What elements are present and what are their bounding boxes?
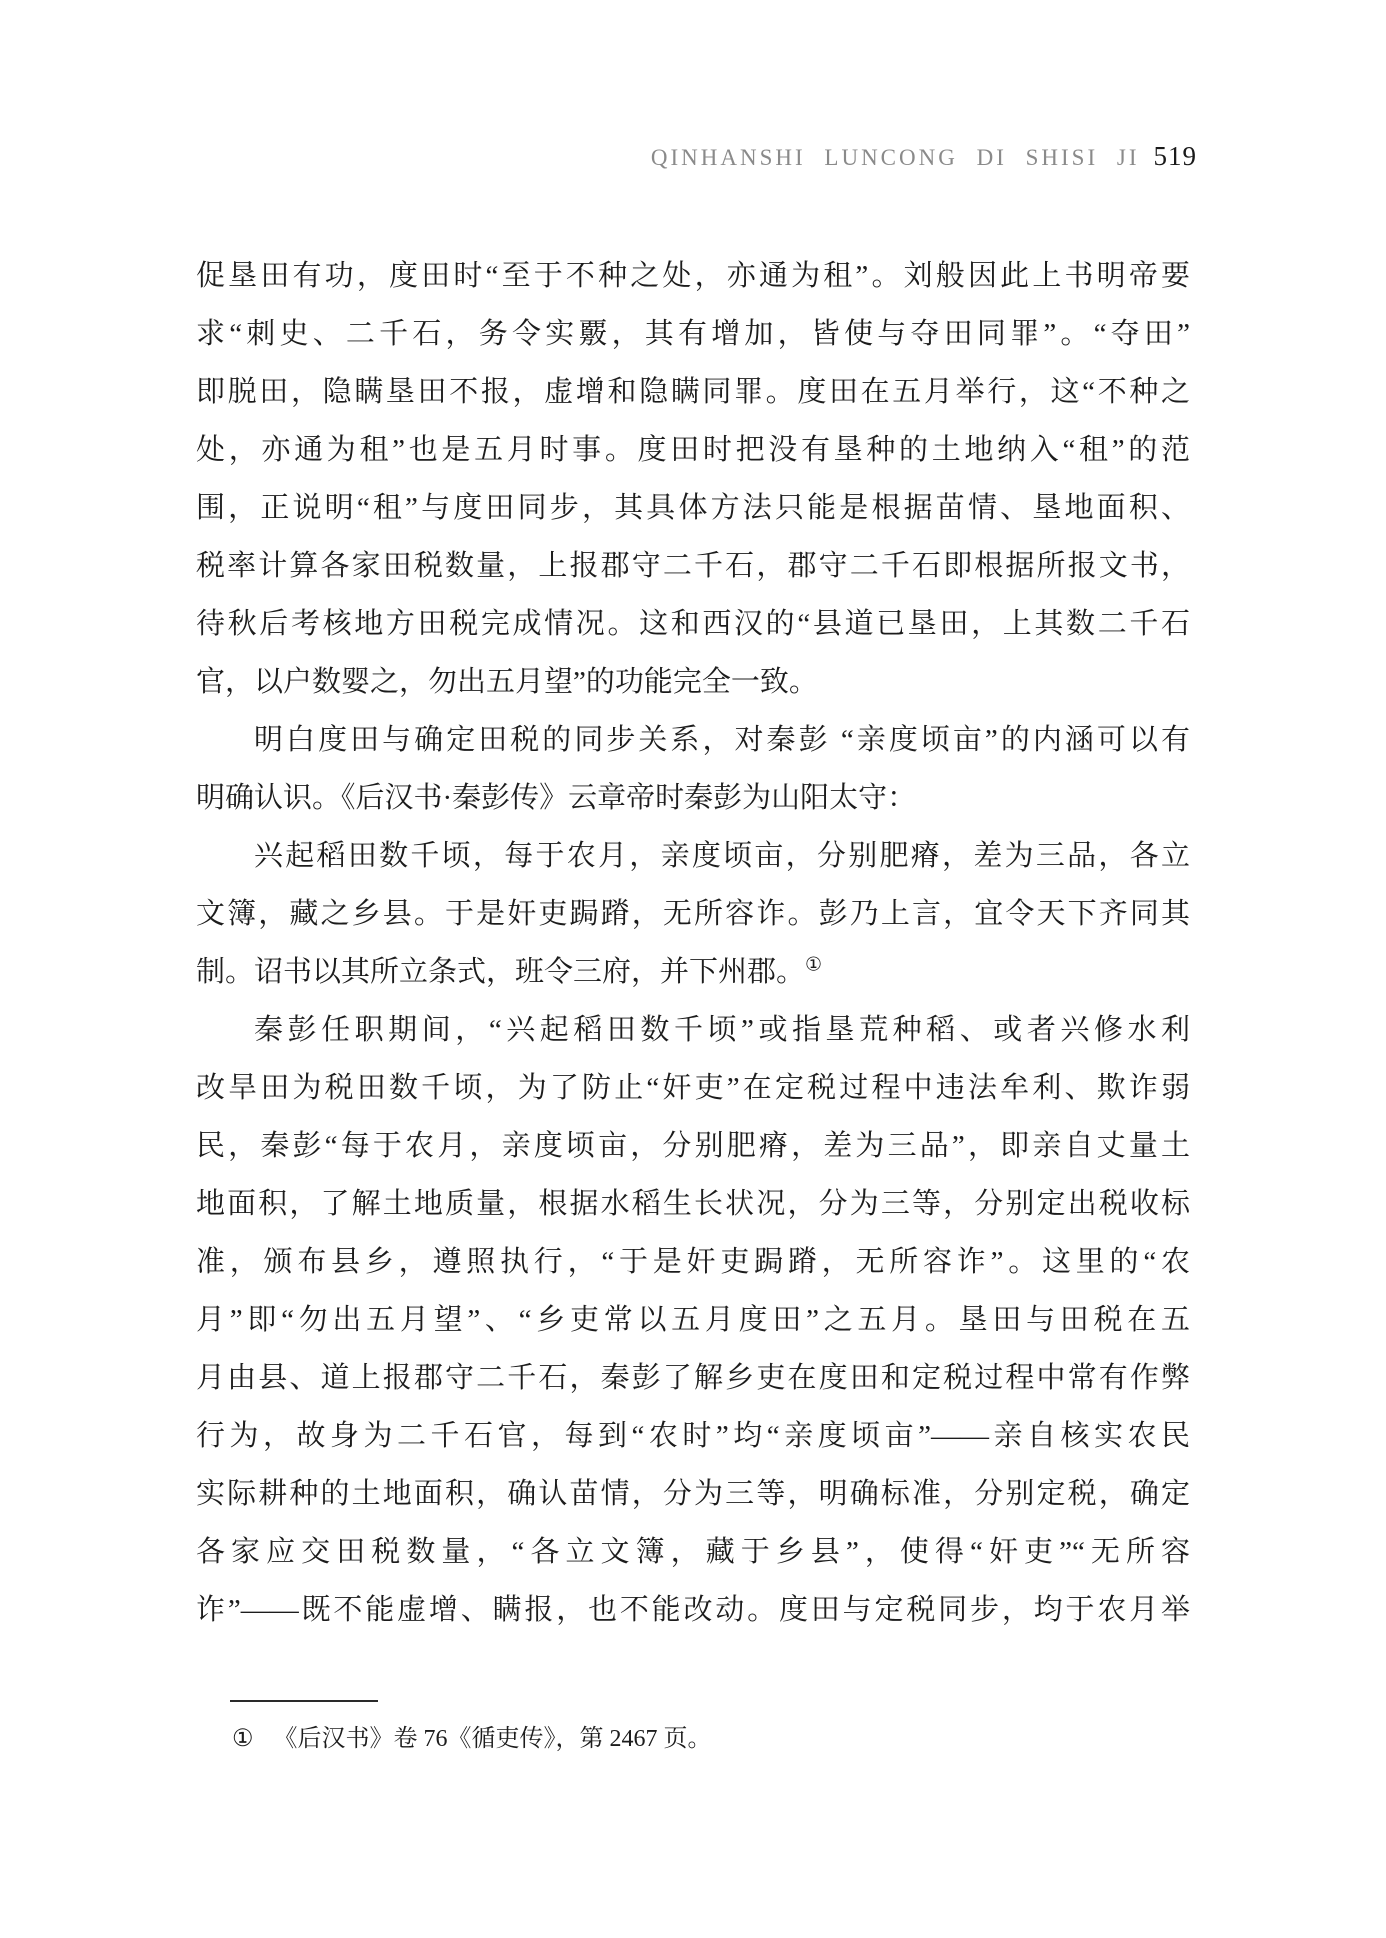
text-line: 月”即“勿出五月望”、“乡吏常以五月度田”之五月。垦田与田税在五 <box>196 1291 1190 1349</box>
text-line: 即脱田，隐瞒垦田不报，虚增和隐瞒同罪。度田在五月举行，这“不种之 <box>196 363 1190 421</box>
text-line: 行为，故身为二千石官，每到“农时”均“亲度顷亩”——亲自核实农民 <box>196 1407 1190 1465</box>
quote-line quote-start: 兴起稻田数千顷，每于农月，亲度顷亩，分别肥瘠，差为三品，各立 <box>196 827 1190 885</box>
text-line: 税率计算各家田税数量，上报郡守二千石，郡守二千石即根据所报文书， <box>196 537 1190 595</box>
text-line: 实际耕种的土地面积，确认苗情，分为三等，明确标准，分别定税，确定 <box>196 1465 1190 1523</box>
text-line: 准，颁布县乡，遵照执行，“于是奸吏跼蹐，无所容诈”。这里的“农 <box>196 1233 1190 1291</box>
text-line: 地面积，了解土地质量，根据水稻生长状况，分为三等，分别定出税收标 <box>196 1175 1190 1233</box>
footnote-marker: ① <box>232 1722 254 1756</box>
text-line: 促垦田有功，度田时“至于不种之处，亦通为租”。刘般因此上书明帝要 <box>196 247 1190 305</box>
quote-line quote-end: 制。诏书以其所立条式，班令三府，并下州郡。① <box>196 943 1190 1001</box>
footnote-text: 《后汉书》卷 76《循吏传》，第 2467 页。 <box>274 1726 712 1752</box>
body-text: 促垦田有功，度田时“至于不种之处，亦通为租”。刘般因此上书明帝要 求“刺史、二千… <box>196 247 1190 1639</box>
footnote-divider <box>230 1700 378 1702</box>
footnote-reference: ① <box>805 954 822 975</box>
footnote: ①《后汉书》卷 76《循吏传》，第 2467 页。 <box>232 1722 712 1756</box>
text-line: 月由县、道上报郡守二千石，秦彭了解乡吏在度田和定税过程中常有作弊 <box>196 1349 1190 1407</box>
text-line paragraph-end: 明确认识。《后汉书·秦彭传》云章帝时秦彭为山阳太守： <box>196 769 1190 827</box>
text-line: 处，亦通为租”也是五月时事。度田时把没有垦种的土地纳入“租”的范 <box>196 421 1190 479</box>
text-line paragraph-start: 明白度田与确定田税的同步关系，对秦彭 “亲度顷亩”的内涵可以有 <box>196 711 1190 769</box>
text-line: 诈”——既不能虚增、瞒报，也不能改动。度田与定税同步，均于农月举 <box>196 1581 1190 1639</box>
text-line: 求“刺史、二千石，务令实覈，其有增加，皆使与夺田同罪”。“夺田” <box>196 305 1190 363</box>
quote-line: 文簿，藏之乡县。于是奸吏跼蹐，无所容诈。彭乃上言，宜令天下齐同其 <box>196 885 1190 943</box>
page-number: 519 <box>1154 141 1198 171</box>
quote-line-text: 制。诏书以其所立条式，班令三府，并下州郡。 <box>196 956 805 988</box>
running-head: QINHANSHI LUNCONG DI SHISI JI519 <box>651 141 1197 172</box>
book-page: QINHANSHI LUNCONG DI SHISI JI519 促垦田有功，度… <box>0 0 1386 1938</box>
running-head-title: QINHANSHI LUNCONG DI SHISI JI <box>651 145 1140 170</box>
text-line: 待秋后考核地方田税完成情况。这和西汉的“县道已垦田，上其数二千石 <box>196 595 1190 653</box>
text-line: 各家应交田税数量，“各立文簿，藏于乡县”，使得“奸吏”“无所容 <box>196 1523 1190 1581</box>
text-line: 围，正说明“租”与度田同步，其具体方法只能是根据苗情、垦地面积、 <box>196 479 1190 537</box>
text-line: 民，秦彭“每于农月，亲度顷亩，分别肥瘠，差为三品”，即亲自丈量土 <box>196 1117 1190 1175</box>
text-line paragraph-start: 秦彭任职期间，“兴起稻田数千顷”或指垦荒种稻、或者兴修水利 <box>196 1001 1190 1059</box>
text-line: 改旱田为税田数千顷，为了防止“奸吏”在定税过程中违法牟利、欺诈弱 <box>196 1059 1190 1117</box>
text-line paragraph-end: 官，以户数婴之，勿出五月望”的功能完全一致。 <box>196 653 1190 711</box>
